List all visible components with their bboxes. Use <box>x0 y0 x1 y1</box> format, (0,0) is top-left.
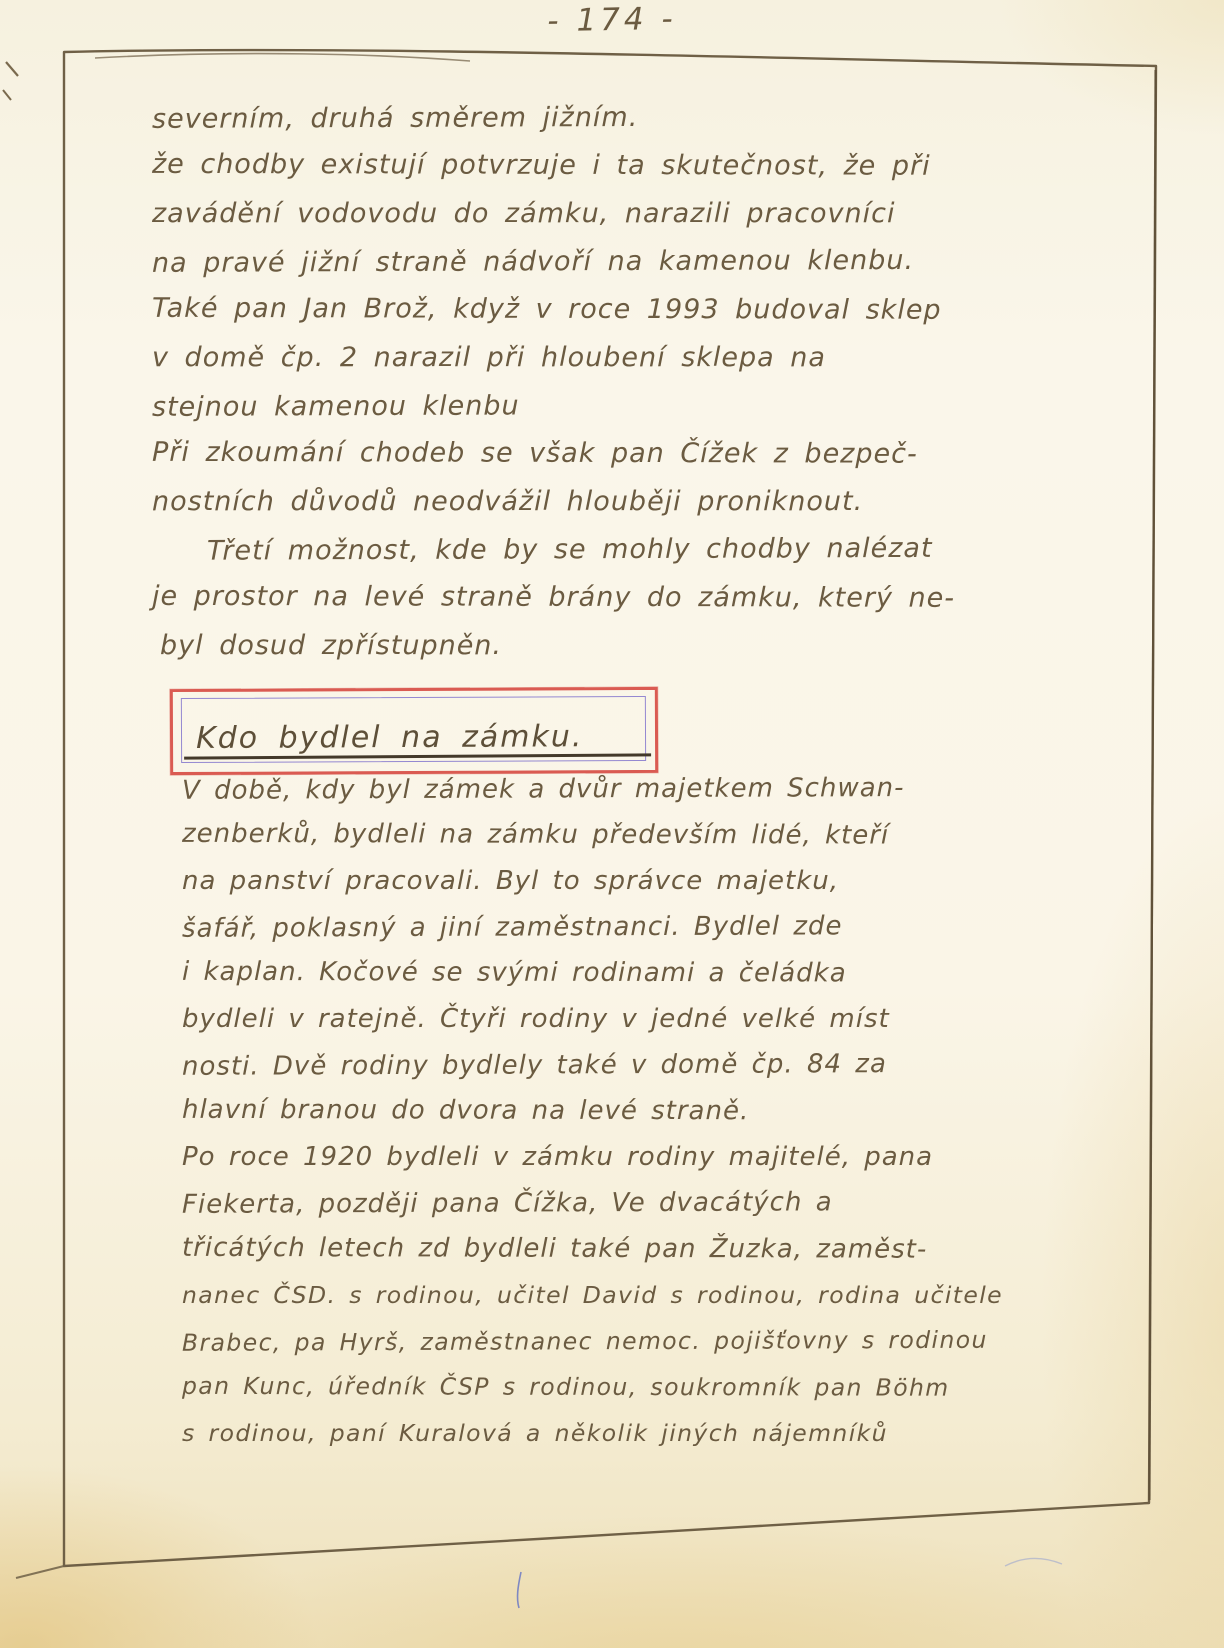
handwritten-line: Také pan Jan Brož, když v roce 1993 budo… <box>152 285 1112 335</box>
handwritten-line: nosti. Dvě rodiny bydlely také v domě čp… <box>182 1040 1122 1090</box>
handwritten-line: severním, druhá směrem jižním. <box>152 92 1112 144</box>
handwritten-line: V době, kdy byl zámek a dvůr majetkem Sc… <box>182 764 1122 814</box>
section-heading: Kdo bydlel na zámku. <box>196 719 583 756</box>
border-top-double-stroke <box>95 54 470 61</box>
stray-ink-mark <box>6 62 18 76</box>
handwritten-line: na panství pracovali. Byl to správce maj… <box>182 858 1122 904</box>
stray-blue-curve <box>1005 1558 1062 1566</box>
handwritten-line: hlavní branou do dvora na levé straně. <box>182 1087 1122 1135</box>
handwritten-line: že chodby existují potvrzuje i ta skuteč… <box>152 141 1112 191</box>
handwritten-line: s rodinou, paní Kuralová a několik jinýc… <box>182 1410 1122 1456</box>
border-right-heavy-stroke <box>1150 70 1156 1500</box>
handwritten-line: pan Kunc, úředník ČSP s rodinou, soukrom… <box>182 1363 1122 1411</box>
handwritten-line: třicátých letech zd bydleli také pan Žuz… <box>182 1225 1122 1273</box>
handwritten-line: šafář, poklasný a jiní zaměstnanci. Bydl… <box>182 902 1122 952</box>
handwritten-line: na pravé jižní straně nádvoří na kamenou… <box>152 236 1112 288</box>
handwritten-line: i kaplan. Kočové se svými rodinami a čel… <box>182 949 1122 997</box>
handwritten-line: Při zkoumání chodeb se však pan Čížek z … <box>152 429 1112 479</box>
handwritten-line: byl dosud zpřístupněn. <box>152 622 1112 670</box>
handwritten-line: je prostor na levé straně brány do zámku… <box>152 573 1112 623</box>
handwritten-line: nanec ČSD. s rodinou, učitel David s rod… <box>182 1272 1122 1318</box>
section-heading-box: Kdo bydlel na zámku. <box>170 687 658 775</box>
handwritten-line: bydleli v ratejně. Čtyři rodiny v jedné … <box>182 996 1122 1042</box>
stray-blue-tick <box>518 1572 521 1608</box>
handwritten-line: stejnou kamenou klenbu <box>152 380 1112 432</box>
stray-ink-mark <box>3 90 11 100</box>
page-number: - 174 - <box>547 1 677 39</box>
handwritten-line: zenberků, bydleli na zámku především lid… <box>182 811 1122 859</box>
handwritten-line: Brabec, pa Hyrš, zaměstnanec nemoc. poji… <box>182 1316 1122 1366</box>
handwritten-line: Po roce 1920 bydleli v zámku rodiny maji… <box>182 1134 1122 1180</box>
section-heading-inner-frame: Kdo bydlel na zámku. <box>181 696 646 763</box>
handwritten-line: Fiekerta, později pana Čížka, Ve dvacátý… <box>182 1178 1122 1228</box>
paragraph-residents: V době, kdy byl zámek a dvůr majetkem Sc… <box>182 766 1122 1456</box>
border-bottom-overshoot <box>16 1566 64 1578</box>
paragraph-tunnels: severním, druhá směrem jižním. že chodby… <box>152 94 1112 670</box>
manuscript-page: - 174 - severním, druhá směrem jižním. ž… <box>0 0 1224 1648</box>
handwritten-line: v domě čp. 2 narazil při hloubení sklepa… <box>152 334 1112 382</box>
handwritten-line: Třetí možnost, kde by se mohly chodby na… <box>152 524 1112 576</box>
handwritten-line: nostních důvodů neodvážil hlouběji proni… <box>152 478 1112 526</box>
handwritten-line: zavádění vodovodu do zámku, narazili pra… <box>152 190 1112 238</box>
